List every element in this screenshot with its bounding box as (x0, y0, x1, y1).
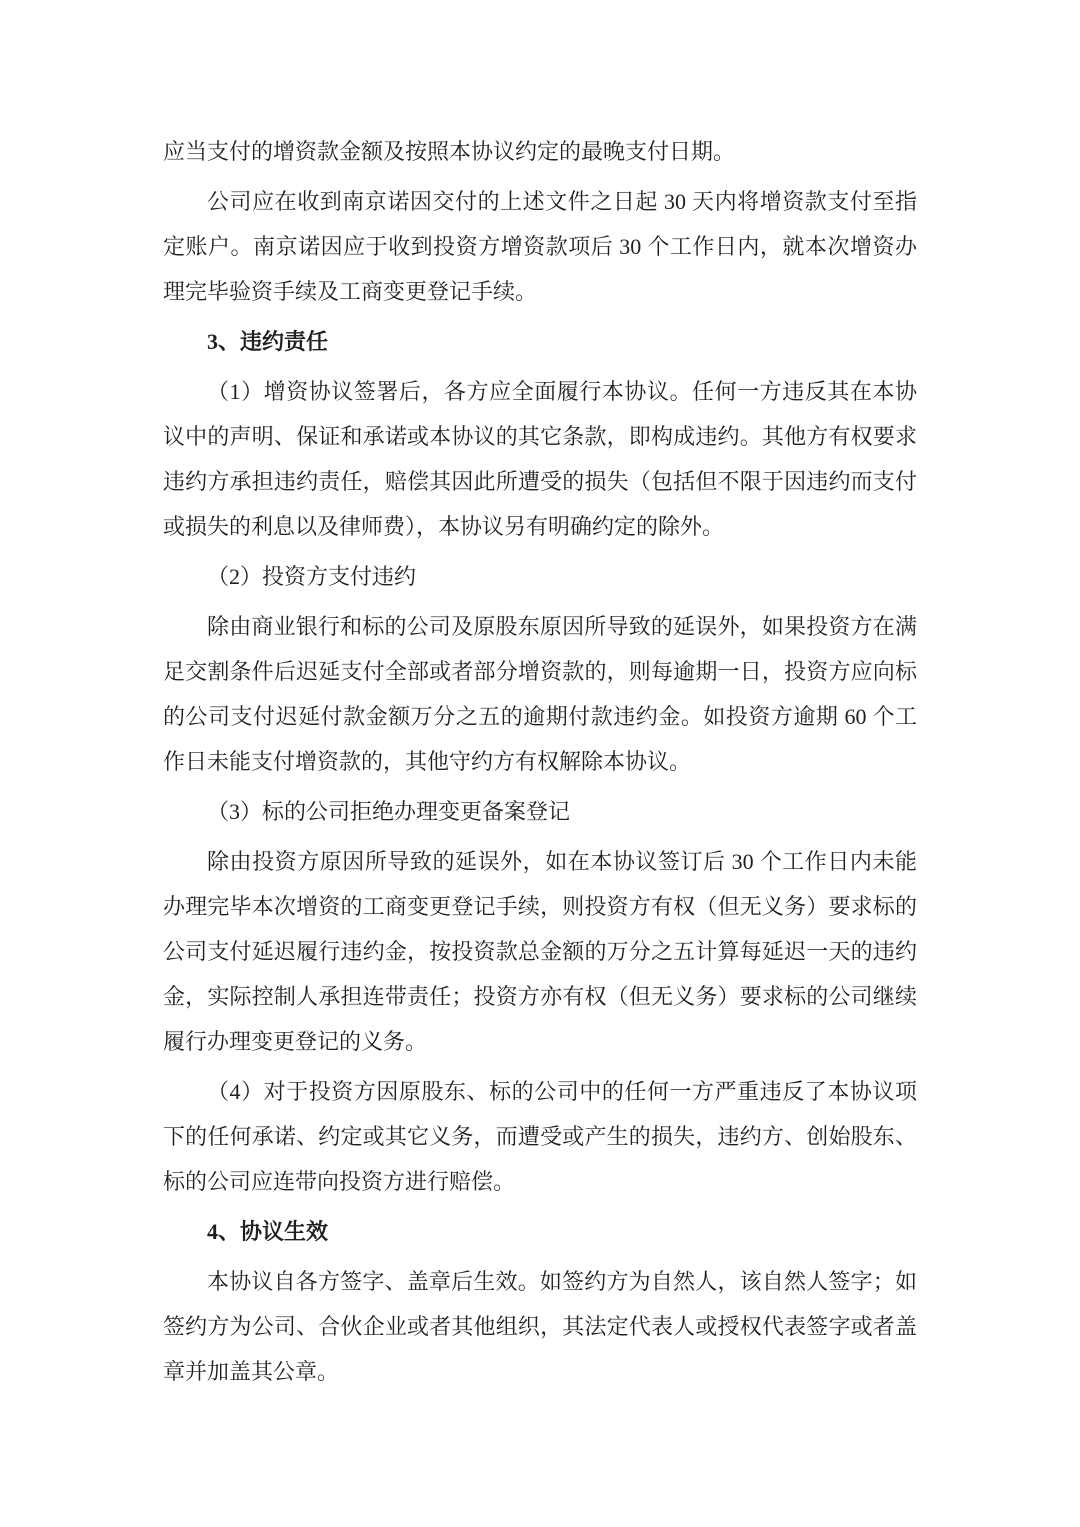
paragraph: 应当支付的增资款金额及按照本协议约定的最晚支付日期。 (163, 129, 917, 174)
document-page: 应当支付的增资款金额及按照本协议约定的最晚支付日期。公司应在收到南京诺因交付的上… (0, 0, 1080, 1527)
paragraph: 除由投资方原因所导致的延误外，如在本协议签订后 30 个工作日内未能办理完毕本次… (163, 839, 917, 1064)
paragraph: 除由商业银行和标的公司及原股东原因所导致的延误外，如果投资方在满足交割条件后迟延… (163, 604, 917, 784)
paragraph: 公司应在收到南京诺因交付的上述文件之日起 30 天内将增资款支付至指定账户。南京… (163, 179, 917, 314)
paragraph: （4）对于投资方因原股东、标的公司中的任何一方严重违反了本协议项下的任何承诺、约… (163, 1069, 917, 1204)
document-text-body: 应当支付的增资款金额及按照本协议约定的最晚支付日期。公司应在收到南京诺因交付的上… (163, 129, 917, 1394)
paragraph: （1）增资协议签署后，各方应全面履行本协议。任何一方违反其在本协议中的声明、保证… (163, 369, 917, 549)
paragraph: 本协议自各方签字、盖章后生效。如签约方为自然人，该自然人签字；如签约方为公司、合… (163, 1259, 917, 1394)
paragraph: （3）标的公司拒绝办理变更备案登记 (163, 789, 917, 834)
section-heading: 4、协议生效 (163, 1209, 917, 1254)
section-heading: 3、违约责任 (163, 319, 917, 364)
paragraph: （2）投资方支付违约 (163, 554, 917, 599)
